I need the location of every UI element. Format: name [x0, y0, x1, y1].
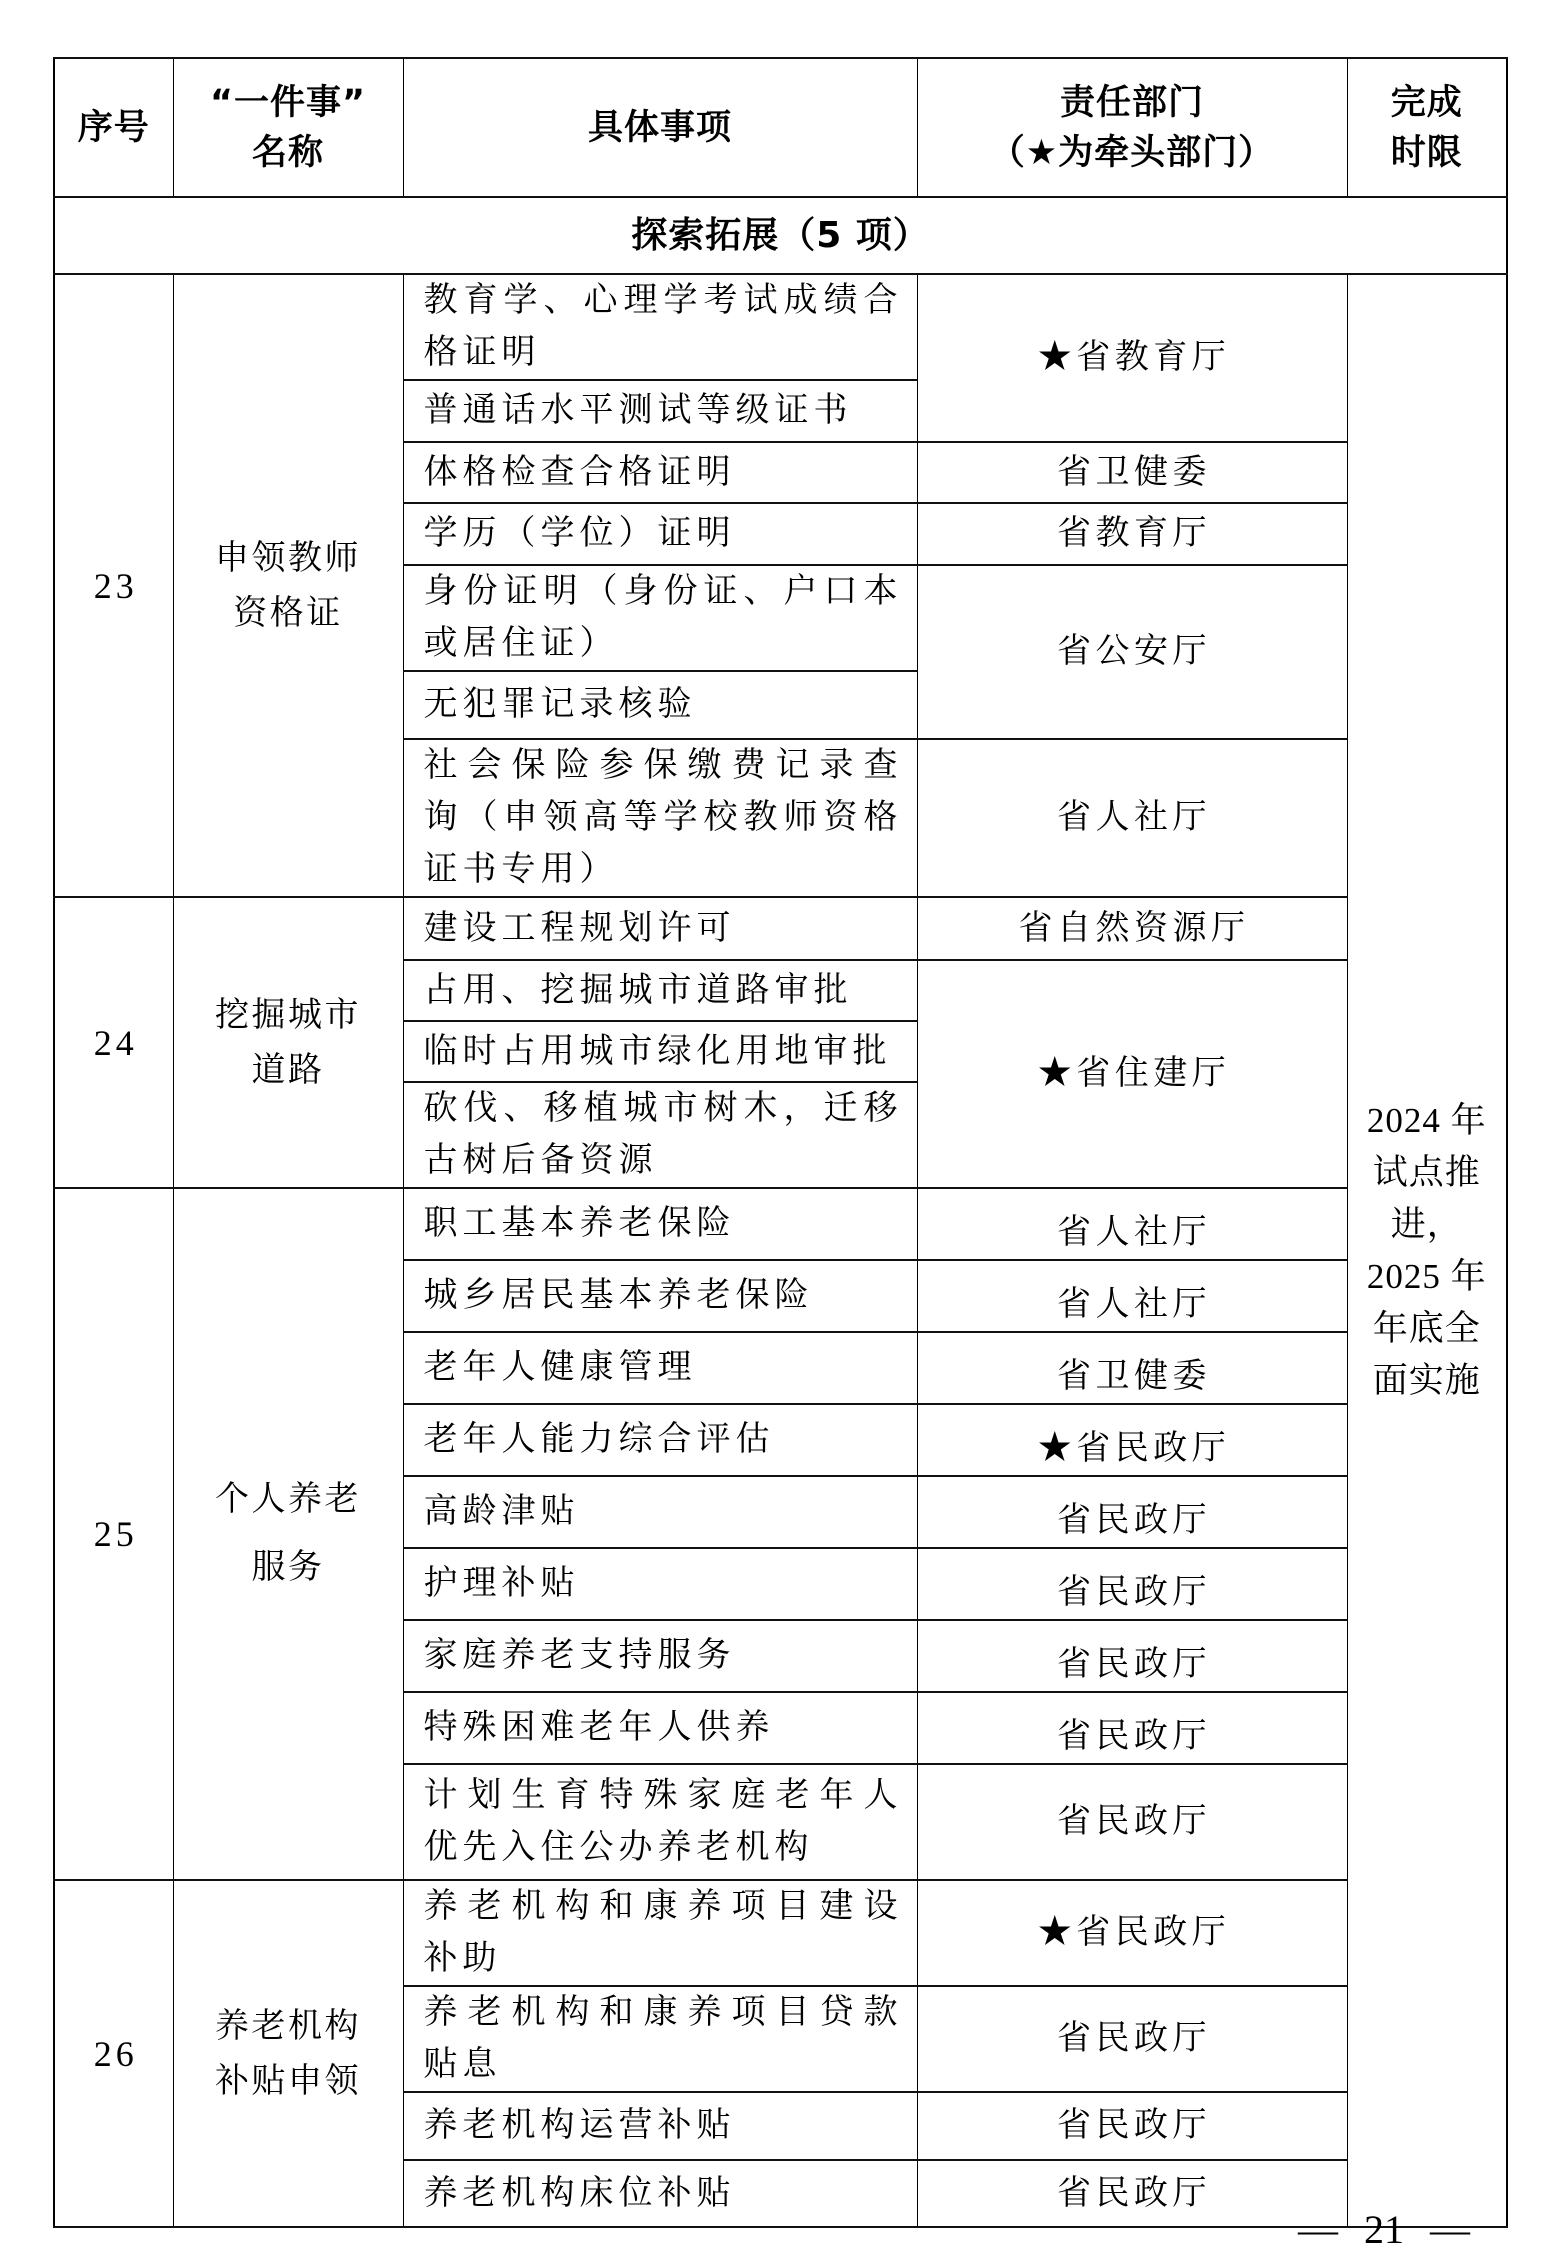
item-line: 询（申领高等学校教师资格 [424, 792, 903, 844]
item-cell: 临时占用城市绿化用地审批 [403, 1021, 917, 1082]
group-name-line: 服务 [174, 1534, 403, 1602]
dept-cell: 省民政厅 [917, 2160, 1347, 2227]
table-row: 25 个人养老 服务 职工基本养老保险 省人社厅 [54, 1188, 1507, 1260]
header-seq: 序号 [54, 58, 173, 197]
dept-cell: 省民政厅 [917, 1986, 1347, 2092]
item-line: 养老机构床位补贴 [424, 2168, 903, 2220]
table-row: 23 申领教师 资格证 教育学、心理学考试成绩合 格证明 ★省教育厅 2024 … [54, 274, 1507, 380]
deadline-cell: 2024 年 试点推 进， 2025 年 年底全 面实施 [1347, 274, 1507, 2227]
dept-cell: 省民政厅 [917, 1476, 1347, 1548]
item-line: 护理补贴 [424, 1558, 903, 1610]
item-cell: 教育学、心理学考试成绩合 格证明 [403, 274, 917, 380]
item-line: 高龄津贴 [424, 1486, 903, 1538]
item-line: 古树后备资源 [424, 1135, 903, 1187]
section-title: 探索拓展（5 项） [54, 197, 1507, 274]
item-cell: 体格检查合格证明 [403, 442, 917, 503]
item-cell: 养老机构和康养项目建设 补助 [403, 1880, 917, 1986]
item-cell: 特殊困难老年人供养 [403, 1692, 917, 1764]
item-cell: 养老机构运营补贴 [403, 2092, 917, 2160]
group-name: 申领教师 资格证 [173, 274, 403, 897]
item-line: 格证明 [424, 327, 903, 379]
dept-cell: 省民政厅 [917, 1620, 1347, 1692]
deadline-line: 进， [1348, 1199, 1507, 1251]
dept-cell: ★省民政厅 [917, 1404, 1347, 1476]
item-line: 养老机构和康养项目贷款 [424, 1987, 903, 2039]
item-line: 体格检查合格证明 [424, 447, 903, 499]
group-name-line: 申领教师 [174, 531, 403, 586]
header-dept-line-1: 责任部门 [918, 78, 1347, 128]
item-cell: 普通话水平测试等级证书 [403, 380, 917, 442]
header-items: 具体事项 [403, 58, 917, 197]
dept-cell: ★省教育厅 [917, 274, 1347, 442]
group-name-line: 个人养老 [174, 1466, 403, 1534]
item-line: 占用、挖掘城市道路审批 [424, 965, 903, 1017]
item-line: 学历（学位）证明 [424, 508, 903, 560]
dept-cell: 省人社厅 [917, 739, 1347, 897]
item-cell: 社会保险参保缴费记录查 询（申领高等学校教师资格 证书专用） [403, 739, 917, 897]
dept-cell: 省民政厅 [917, 2092, 1347, 2160]
item-cell: 计划生育特殊家庭老年人 优先入住公办养老机构 [403, 1764, 917, 1880]
dept-cell: ★省住建厅 [917, 960, 1347, 1188]
item-cell: 砍伐、移植城市树木，迁移 古树后备资源 [403, 1082, 917, 1188]
group-seq: 25 [54, 1188, 173, 1880]
item-cell: 家庭养老支持服务 [403, 1620, 917, 1692]
item-line: 优先入住公办养老机构 [424, 1822, 903, 1874]
section-row: 探索拓展（5 项） [54, 197, 1507, 274]
item-cell: 职工基本养老保险 [403, 1188, 917, 1260]
item-cell: 老年人能力综合评估 [403, 1404, 917, 1476]
dept-cell: 省卫健委 [917, 442, 1347, 503]
group-seq: 26 [54, 1880, 173, 2227]
group-seq: 24 [54, 897, 173, 1188]
dept-cell: 省民政厅 [917, 1764, 1347, 1880]
item-line: 教育学、心理学考试成绩合 [424, 275, 903, 327]
header-items-label: 具体事项 [404, 103, 917, 153]
item-line: 职工基本养老保险 [424, 1198, 903, 1250]
header-name: “一件事” 名称 [173, 58, 403, 197]
item-line: 证书专用） [424, 844, 903, 896]
page-number: — 21 — [1284, 2204, 1484, 2256]
table-row: 24 挖掘城市 道路 建设工程规划许可 省自然资源厅 [54, 897, 1507, 960]
dept-cell: 省人社厅 [917, 1260, 1347, 1332]
header-deadline: 完成 时限 [1347, 58, 1507, 197]
header-name-line-2: 名称 [174, 128, 403, 178]
dept-cell: 省公安厅 [917, 565, 1347, 739]
item-line: 养老机构和康养项目建设 [424, 1881, 903, 1933]
item-cell: 老年人健康管理 [403, 1332, 917, 1404]
item-line: 身份证明（身份证、户口本 [424, 566, 903, 618]
dept-cell: ★省民政厅 [917, 1880, 1347, 1986]
item-line: 社会保险参保缴费记录查 [424, 740, 903, 792]
group-name-line: 道路 [174, 1043, 403, 1098]
header-row: 序号 “一件事” 名称 具体事项 责任部门 （★为牵头部门） 完成 时限 [54, 58, 1507, 197]
item-cell: 养老机构床位补贴 [403, 2160, 917, 2227]
item-line: 临时占用城市绿化用地审批 [424, 1026, 903, 1078]
dept-cell: 省民政厅 [917, 1548, 1347, 1620]
item-cell: 护理补贴 [403, 1548, 917, 1620]
item-line: 或居住证） [424, 618, 903, 670]
group-name: 挖掘城市 道路 [173, 897, 403, 1188]
group-name: 养老机构 补贴申领 [173, 1880, 403, 2227]
item-line: 特殊困难老年人供养 [424, 1702, 903, 1754]
header-dept: 责任部门 （★为牵头部门） [917, 58, 1347, 197]
item-cell: 身份证明（身份证、户口本 或居住证） [403, 565, 917, 671]
dept-cell: 省民政厅 [917, 1692, 1347, 1764]
group-name-line: 补贴申领 [174, 2054, 403, 2109]
item-line: 砍伐、移植城市树木，迁移 [424, 1083, 903, 1135]
task-table: 序号 “一件事” 名称 具体事项 责任部门 （★为牵头部门） 完成 时限 探索拓… [53, 57, 1508, 2228]
deadline-line: 面实施 [1348, 1355, 1507, 1407]
group-name-line: 资格证 [174, 586, 403, 641]
group-name: 个人养老 服务 [173, 1188, 403, 1880]
item-line: 补助 [424, 1933, 903, 1985]
item-line: 贴息 [424, 2039, 903, 2091]
item-cell: 占用、挖掘城市道路审批 [403, 960, 917, 1021]
group-name-line: 挖掘城市 [174, 988, 403, 1043]
item-line: 老年人能力综合评估 [424, 1414, 903, 1466]
dept-cell: 省人社厅 [917, 1188, 1347, 1260]
item-line: 养老机构运营补贴 [424, 2100, 903, 2152]
item-line: 建设工程规划许可 [424, 903, 903, 955]
header-name-line-1: “一件事” [174, 78, 403, 128]
item-cell: 无犯罪记录核验 [403, 671, 917, 739]
header-deadline-line-1: 完成 [1348, 78, 1507, 128]
item-line: 老年人健康管理 [424, 1342, 903, 1394]
item-line: 普通话水平测试等级证书 [424, 385, 903, 437]
deadline-line: 试点推 [1348, 1147, 1507, 1199]
dept-cell: 省自然资源厅 [917, 897, 1347, 960]
item-line: 城乡居民基本养老保险 [424, 1270, 903, 1322]
item-cell: 城乡居民基本养老保险 [403, 1260, 917, 1332]
deadline-line: 2025 年 [1348, 1251, 1507, 1303]
header-dept-line-2: （★为牵头部门） [918, 128, 1347, 178]
item-line: 家庭养老支持服务 [424, 1630, 903, 1682]
header-seq-label: 序号 [55, 103, 173, 153]
item-cell: 高龄津贴 [403, 1476, 917, 1548]
deadline-line: 年底全 [1348, 1303, 1507, 1355]
group-name-line: 养老机构 [174, 1999, 403, 2054]
item-line: 计划生育特殊家庭老年人 [424, 1770, 903, 1822]
item-line: 无犯罪记录核验 [424, 679, 903, 731]
item-cell: 学历（学位）证明 [403, 503, 917, 565]
document-page: 序号 “一件事” 名称 具体事项 责任部门 （★为牵头部门） 完成 时限 探索拓… [0, 0, 1549, 2263]
deadline-line: 2024 年 [1348, 1095, 1507, 1147]
dept-cell: 省教育厅 [917, 503, 1347, 565]
item-cell: 养老机构和康养项目贷款 贴息 [403, 1986, 917, 2092]
item-cell: 建设工程规划许可 [403, 897, 917, 960]
header-deadline-line-2: 时限 [1348, 128, 1507, 178]
table-row: 26 养老机构 补贴申领 养老机构和康养项目建设 补助 ★省民政厅 [54, 1880, 1507, 1986]
dept-cell: 省卫健委 [917, 1332, 1347, 1404]
group-seq: 23 [54, 274, 173, 897]
